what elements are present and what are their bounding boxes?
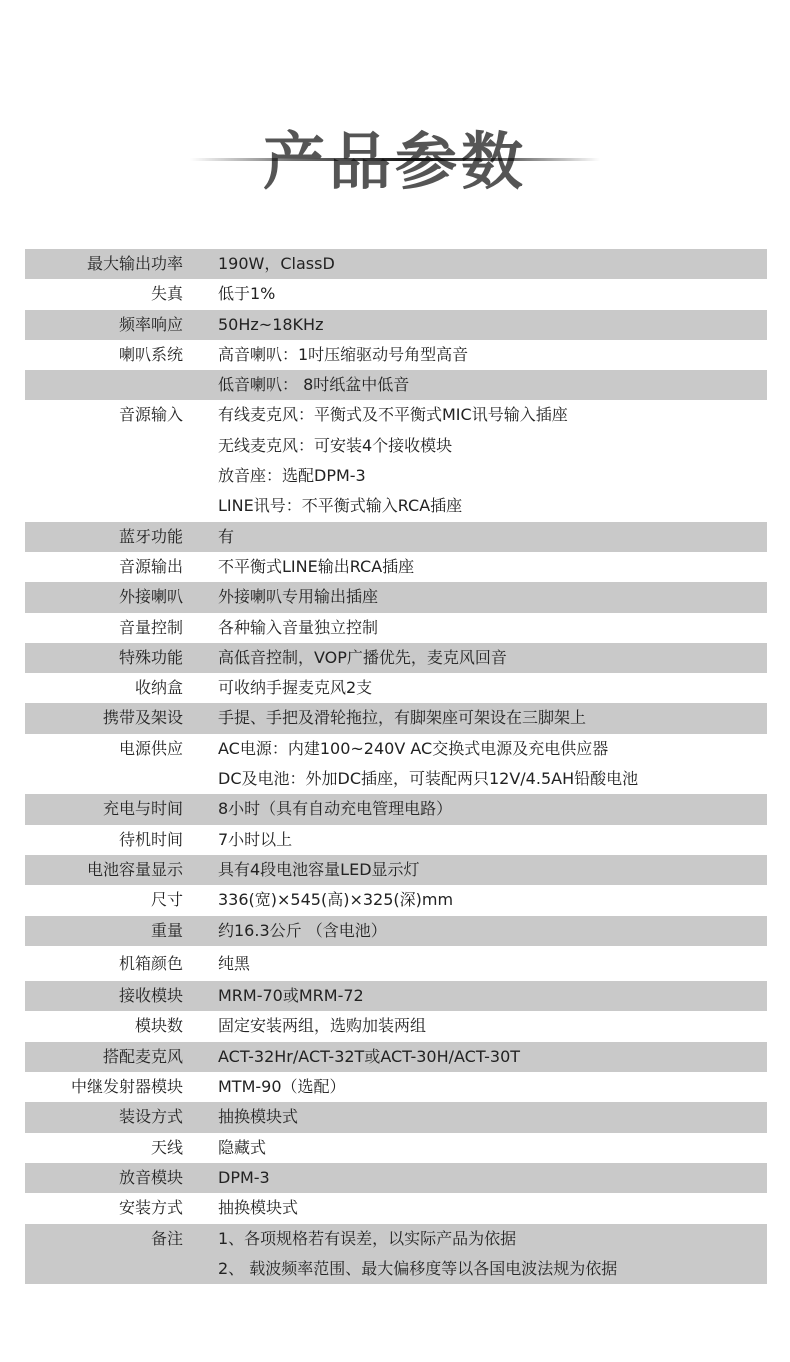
spec-row: 尺寸336(宽)×545(高)×325(深)mm — [25, 885, 767, 915]
spec-value: MRM-70或MRM-72 — [218, 981, 767, 1011]
spec-values: 各种输入音量独立控制 — [218, 613, 767, 643]
spec-value: 高低音控制，VOP广播优先，麦克风回音 — [218, 643, 767, 673]
spec-value: 各种输入音量独立控制 — [218, 613, 767, 643]
spec-values: 不平衡式LINE输出RCA插座 — [218, 552, 767, 582]
spec-label: 重量 — [25, 916, 183, 946]
spec-value: 不平衡式LINE输出RCA插座 — [218, 552, 767, 582]
spec-values: DPM-3 — [218, 1163, 767, 1193]
spec-values: AC电源：内建100~240V AC交换式电源及充电供应器DC及电池：外加DC插… — [218, 734, 767, 795]
spec-table: 最大输出功率190W，ClassD失真低于1%频率响应50Hz~18KHz喇叭系… — [25, 249, 767, 1284]
spec-row: 备注1、各项规格若有误差，以实际产品为依据2、 载波频率范围、最大偏移度等以各国… — [25, 1224, 767, 1285]
spec-value: 8小时（具有自动充电管理电路） — [218, 794, 767, 824]
spec-value: 纯黑 — [218, 949, 767, 979]
spec-row: 音量控制各种输入音量独立控制 — [25, 613, 767, 643]
spec-value: 抽换模块式 — [218, 1102, 767, 1132]
spec-values: 7小时以上 — [218, 825, 767, 855]
spec-values: 固定安装两组，选购加装两组 — [218, 1011, 767, 1041]
spec-value: 抽换模块式 — [218, 1193, 767, 1223]
spec-row: 待机时间7小时以上 — [25, 825, 767, 855]
spec-values: 可收纳手握麦克风2支 — [218, 673, 767, 703]
spec-row: 特殊功能高低音控制，VOP广播优先，麦克风回音 — [25, 643, 767, 673]
spec-value: 190W，ClassD — [218, 249, 767, 279]
spec-row: 喇叭系统高音喇叭：1吋压缩驱动号角型高音 — [25, 340, 767, 370]
spec-value: 2、 载波频率范围、最大偏移度等以各国电波法规为依据 — [218, 1254, 767, 1284]
spec-values: 336(宽)×545(高)×325(深)mm — [218, 885, 767, 915]
spec-value: 无线麦克风：可安装4个接收模块 — [218, 431, 767, 461]
spec-row: 放音模块DPM-3 — [25, 1163, 767, 1193]
spec-value: DPM-3 — [218, 1163, 767, 1193]
spec-label: 蓝牙功能 — [25, 522, 183, 552]
spec-label: 备注 — [25, 1224, 183, 1254]
spec-label: 喇叭系统 — [25, 340, 183, 370]
spec-label: 失真 — [25, 279, 183, 309]
spec-label: 待机时间 — [25, 825, 183, 855]
spec-label: 电源供应 — [25, 734, 183, 764]
spec-values: 手提、手把及滑轮拖拉，有脚架座可架设在三脚架上 — [218, 703, 767, 733]
spec-label: 电池容量显示 — [25, 855, 183, 885]
spec-row: 蓝牙功能有 — [25, 522, 767, 552]
spec-values: 190W，ClassD — [218, 249, 767, 279]
spec-value: ACT-32Hr/ACT-32T或ACT-30H/ACT-30T — [218, 1042, 767, 1072]
spec-value: 约16.3公斤 （含电池） — [218, 916, 767, 946]
spec-label: 安装方式 — [25, 1193, 183, 1223]
spec-value: AC电源：内建100~240V AC交换式电源及充电供应器 — [218, 734, 767, 764]
spec-value: 可收纳手握麦克风2支 — [218, 673, 767, 703]
spec-label: 天线 — [25, 1133, 183, 1163]
spec-value: LINE讯号：不平衡式输入RCA插座 — [218, 491, 767, 521]
spec-label: 模块数 — [25, 1011, 183, 1041]
spec-label: 收纳盒 — [25, 673, 183, 703]
spec-values: 8小时（具有自动充电管理电路） — [218, 794, 767, 824]
spec-label: 外接喇叭 — [25, 582, 183, 612]
spec-values: 约16.3公斤 （含电池） — [218, 916, 767, 946]
spec-values: 有线麦克风：平衡式及不平衡式MIC讯号输入插座无线麦克风：可安装4个接收模块放音… — [218, 400, 767, 521]
spec-row: 装设方式抽换模块式 — [25, 1102, 767, 1132]
spec-label: 搭配麦克风 — [25, 1042, 183, 1072]
spec-row: 外接喇叭外接喇叭专用输出插座 — [25, 582, 767, 612]
spec-value: 固定安装两组，选购加装两组 — [218, 1011, 767, 1041]
spec-values: 1、各项规格若有误差，以实际产品为依据2、 载波频率范围、最大偏移度等以各国电波… — [218, 1224, 767, 1285]
spec-value: 具有4段电池容量LED显示灯 — [218, 855, 767, 885]
spec-value: 低于1% — [218, 279, 767, 309]
spec-row: 失真低于1% — [25, 279, 767, 309]
spec-row: 天线隐藏式 — [25, 1133, 767, 1163]
spec-values: ACT-32Hr/ACT-32T或ACT-30H/ACT-30T — [218, 1042, 767, 1072]
spec-label: 音量控制 — [25, 613, 183, 643]
spec-values: 高低音控制，VOP广播优先，麦克风回音 — [218, 643, 767, 673]
spec-value: 7小时以上 — [218, 825, 767, 855]
spec-row: 中继发射器模块MTM-90（选配） — [25, 1072, 767, 1102]
spec-row: 音源输出不平衡式LINE输出RCA插座 — [25, 552, 767, 582]
spec-row: 最大输出功率190W，ClassD — [25, 249, 767, 279]
spec-value: MTM-90（选配） — [218, 1072, 767, 1102]
spec-value: 外接喇叭专用输出插座 — [218, 582, 767, 612]
spec-row: 低音喇叭： 8吋纸盆中低音 — [25, 370, 767, 400]
spec-value: 放音座：选配DPM-3 — [218, 461, 767, 491]
title-underline-divider — [190, 158, 600, 161]
spec-value: 手提、手把及滑轮拖拉，有脚架座可架设在三脚架上 — [218, 703, 767, 733]
spec-values: MRM-70或MRM-72 — [218, 981, 767, 1011]
spec-values: 抽换模块式 — [218, 1193, 767, 1223]
spec-row: 音源输入有线麦克风：平衡式及不平衡式MIC讯号输入插座无线麦克风：可安装4个接收… — [25, 400, 767, 521]
page-title: 产品参数 — [0, 124, 790, 200]
spec-row: 充电与时间8小时（具有自动充电管理电路） — [25, 794, 767, 824]
spec-values: MTM-90（选配） — [218, 1072, 767, 1102]
spec-row: 机箱颜色纯黑 — [25, 946, 767, 981]
spec-value: 隐藏式 — [218, 1133, 767, 1163]
spec-row: 模块数固定安装两组，选购加装两组 — [25, 1011, 767, 1041]
spec-value: 低音喇叭： 8吋纸盆中低音 — [218, 370, 767, 400]
spec-values: 隐藏式 — [218, 1133, 767, 1163]
spec-row: 安装方式抽换模块式 — [25, 1193, 767, 1223]
spec-values: 具有4段电池容量LED显示灯 — [218, 855, 767, 885]
spec-row: 重量约16.3公斤 （含电池） — [25, 916, 767, 946]
spec-values: 低于1% — [218, 279, 767, 309]
spec-value: 高音喇叭：1吋压缩驱动号角型高音 — [218, 340, 767, 370]
spec-label: 频率响应 — [25, 310, 183, 340]
spec-row: 电池容量显示具有4段电池容量LED显示灯 — [25, 855, 767, 885]
spec-value: 50Hz~18KHz — [218, 310, 767, 340]
spec-label: 放音模块 — [25, 1163, 183, 1193]
spec-label: 音源输出 — [25, 552, 183, 582]
spec-label: 充电与时间 — [25, 794, 183, 824]
spec-row: 频率响应50Hz~18KHz — [25, 310, 767, 340]
spec-row: 电源供应AC电源：内建100~240V AC交换式电源及充电供应器DC及电池：外… — [25, 734, 767, 795]
spec-values: 有 — [218, 522, 767, 552]
spec-row: 携带及架设手提、手把及滑轮拖拉，有脚架座可架设在三脚架上 — [25, 703, 767, 733]
spec-label: 最大输出功率 — [25, 249, 183, 279]
spec-value: 336(宽)×545(高)×325(深)mm — [218, 885, 767, 915]
spec-label: 音源输入 — [25, 400, 183, 430]
spec-values: 50Hz~18KHz — [218, 310, 767, 340]
spec-row: 接收模块MRM-70或MRM-72 — [25, 981, 767, 1011]
spec-value: DC及电池：外加DC插座，可装配两只12V/4.5AH铅酸电池 — [218, 764, 767, 794]
spec-label: 特殊功能 — [25, 643, 183, 673]
spec-label: 接收模块 — [25, 981, 183, 1011]
spec-values: 低音喇叭： 8吋纸盆中低音 — [218, 370, 767, 400]
spec-row: 搭配麦克风ACT-32Hr/ACT-32T或ACT-30H/ACT-30T — [25, 1042, 767, 1072]
spec-values: 高音喇叭：1吋压缩驱动号角型高音 — [218, 340, 767, 370]
spec-value: 有线麦克风：平衡式及不平衡式MIC讯号输入插座 — [218, 400, 767, 430]
spec-label: 中继发射器模块 — [25, 1072, 183, 1102]
spec-label: 机箱颜色 — [25, 949, 183, 979]
spec-label: 携带及架设 — [25, 703, 183, 733]
spec-label: 装设方式 — [25, 1102, 183, 1132]
spec-value: 有 — [218, 522, 767, 552]
spec-row: 收纳盒可收纳手握麦克风2支 — [25, 673, 767, 703]
spec-values: 纯黑 — [218, 949, 767, 979]
spec-value: 1、各项规格若有误差，以实际产品为依据 — [218, 1224, 767, 1254]
spec-values: 外接喇叭专用输出插座 — [218, 582, 767, 612]
spec-label: 尺寸 — [25, 885, 183, 915]
spec-values: 抽换模块式 — [218, 1102, 767, 1132]
